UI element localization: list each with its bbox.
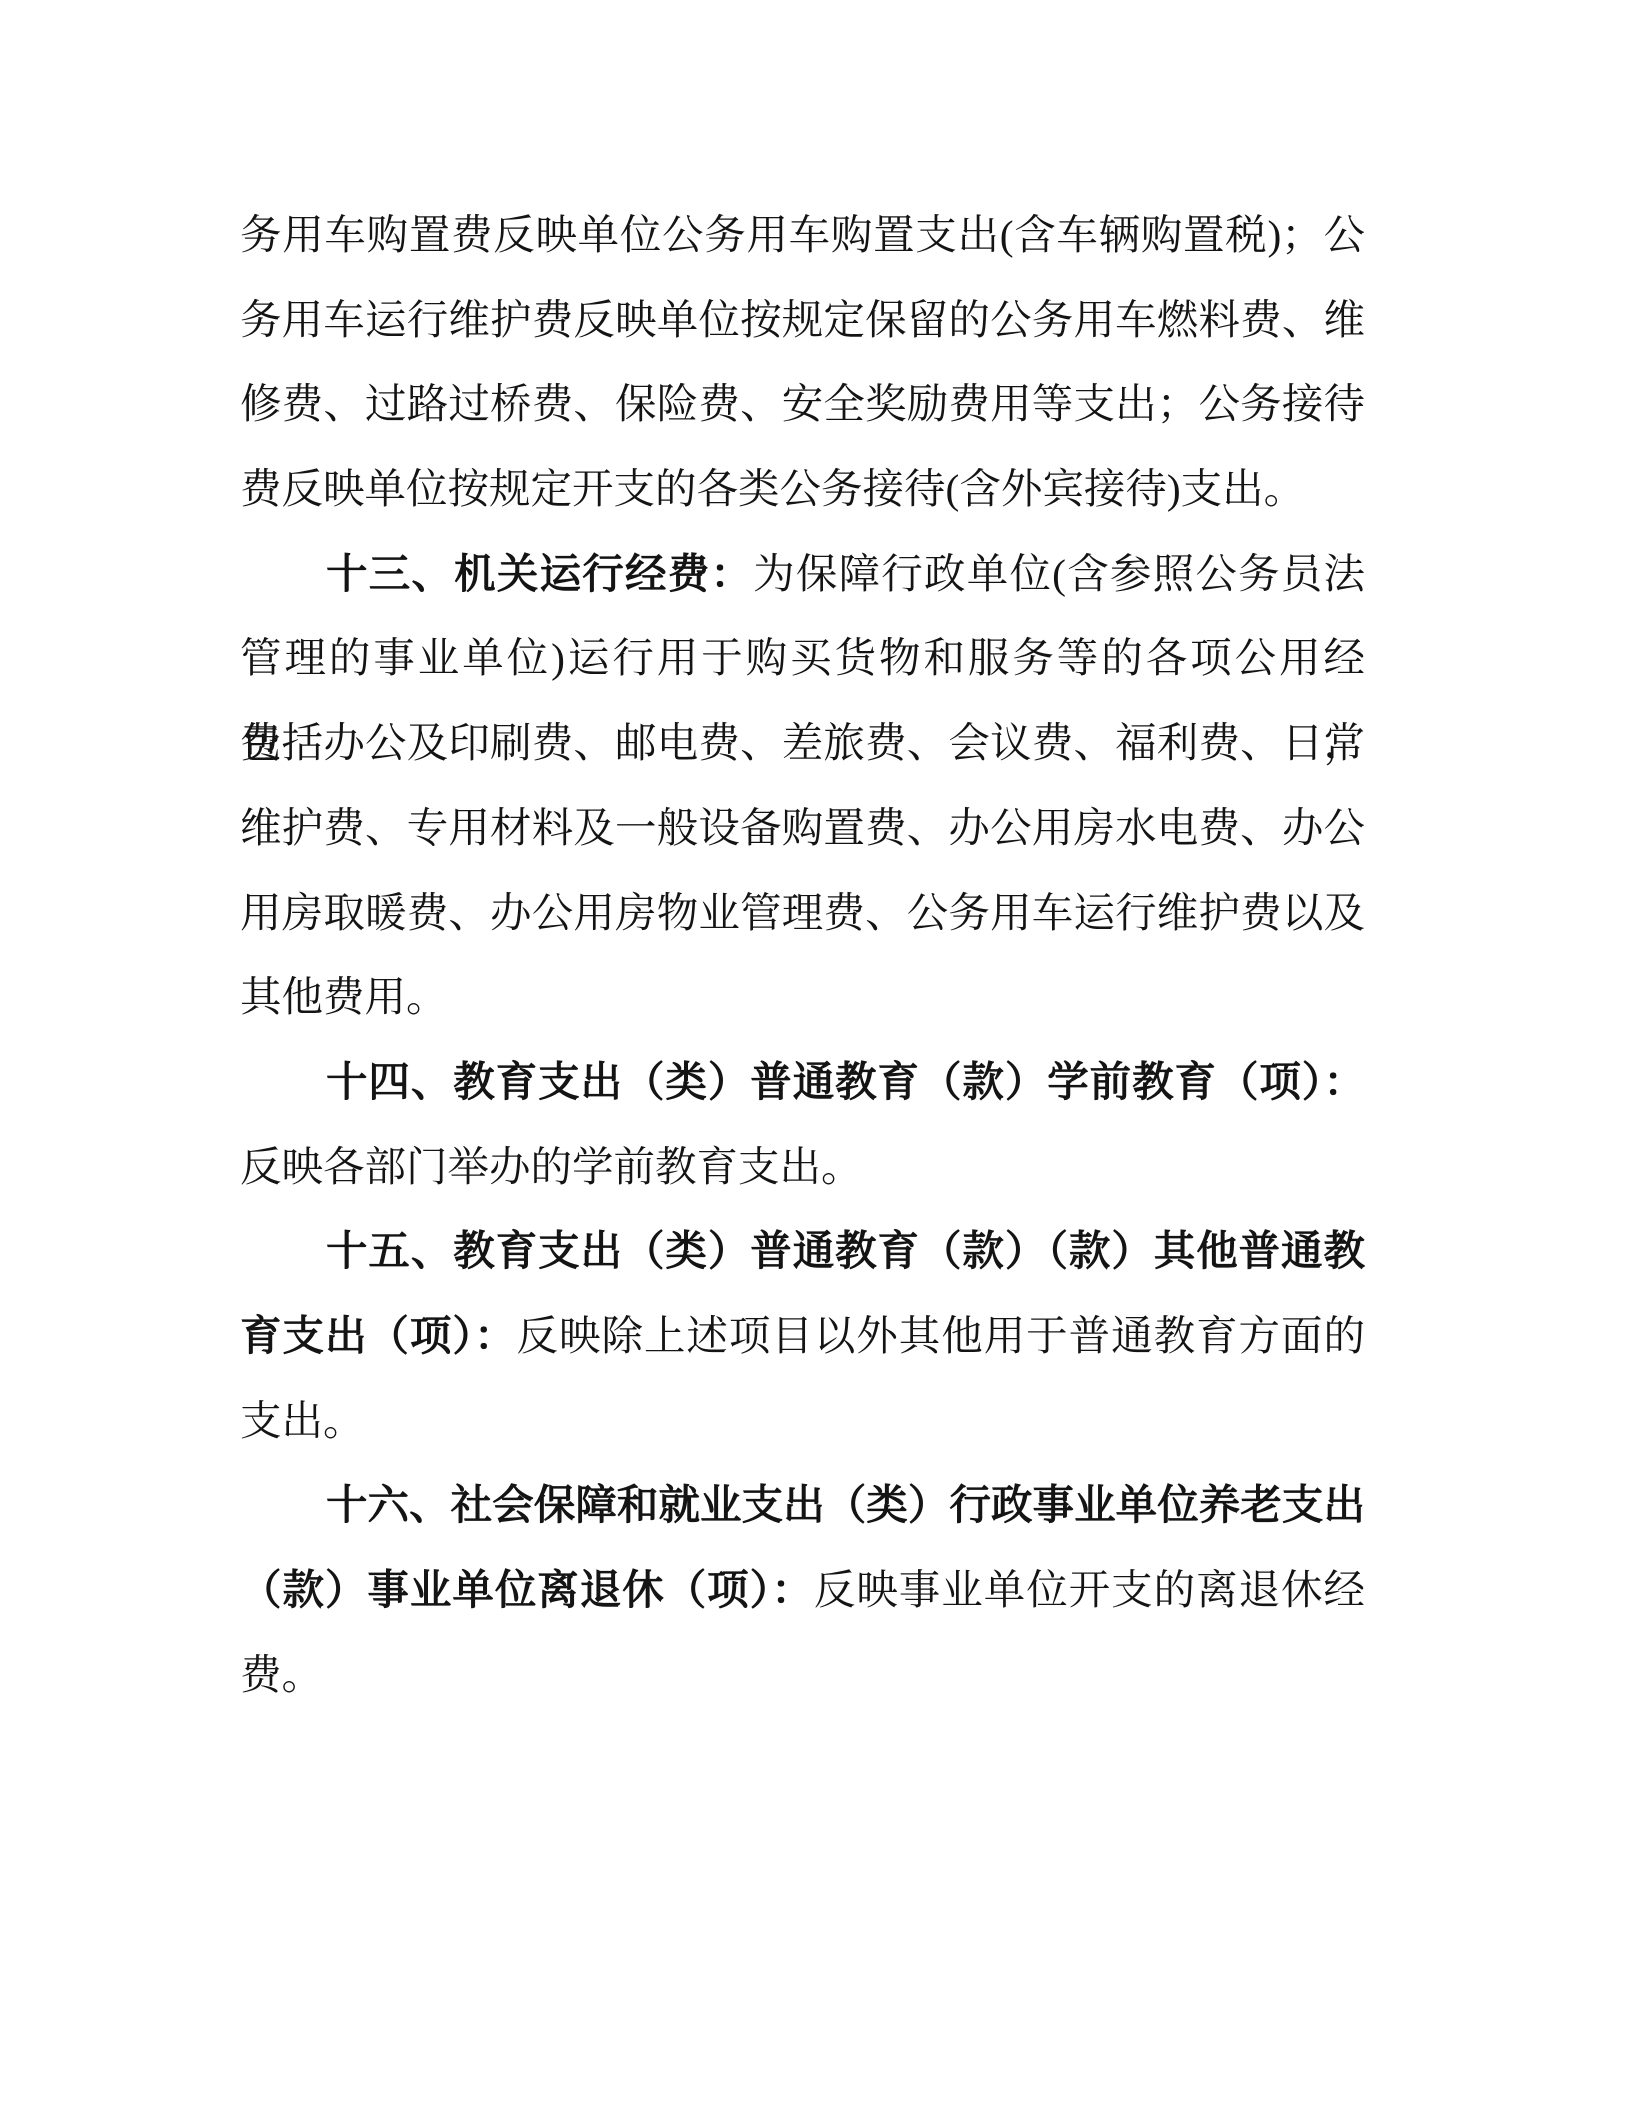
text-run: 费反映单位按规定开支的各类公务接待(含外宾接待)支出。	[240, 466, 1305, 512]
text-line: 务用车购置费反映单位公务用车购置支出(含车辆购置税)；公	[240, 193, 1365, 278]
paragraph: 十五、教育支出（类）普通教育（款）（款）其他普通教育支出（项）：反映除上述项目以…	[240, 1209, 1365, 1463]
document-page: 务用车购置费反映单位公务用车购置支出(含车辆购置税)；公务用车运行维护费反映单位…	[0, 0, 1632, 2112]
heading-run: 十五、教育支出（类）普通教育（款）（款）其他普通教	[326, 1228, 1365, 1274]
text-line: 费。	[240, 1633, 1365, 1718]
text-line: 维护费、专用材料及一般设备购置费、办公用房水电费、办公	[240, 786, 1365, 871]
text-line: 费反映单位按规定开支的各类公务接待(含外宾接待)支出。	[240, 447, 1365, 532]
text-line: 育支出（项）：反映除上述项目以外其他用于普通教育方面的	[240, 1294, 1365, 1379]
text-run: 费。	[240, 1652, 323, 1698]
heading-run: 十六、社会保障和就业支出（类）行政事业单位养老支出	[326, 1482, 1365, 1528]
text-line: 反映各部门举办的学前教育支出。	[240, 1125, 1365, 1210]
text-line: 十五、教育支出（类）普通教育（款）（款）其他普通教	[240, 1209, 1365, 1294]
text-line: （款）事业单位离退休（项）：反映事业单位开支的离退休经	[240, 1548, 1365, 1633]
paragraph: 十三、机关运行经费：为保障行政单位(含参照公务员法管理的事业单位)运行用于购买货…	[240, 532, 1365, 1040]
text-line: 其他费用。	[240, 955, 1365, 1040]
text-line: 十四、教育支出（类）普通教育（款）学前教育（项）：	[240, 1040, 1365, 1125]
document-body: 务用车购置费反映单位公务用车购置支出(含车辆购置税)；公务用车运行维护费反映单位…	[240, 193, 1365, 1717]
text-run: 其他费用。	[240, 974, 448, 1020]
text-run: 务用车运行维护费反映单位按规定保留的公务用车燃料费、维	[240, 297, 1365, 343]
text-line: 管理的事业单位)运行用于购买货物和服务等的各项公用经费，	[240, 616, 1365, 701]
paragraph: 十四、教育支出（类）普通教育（款）学前教育（项）：反映各部门举办的学前教育支出。	[240, 1040, 1365, 1209]
text-line: 用房取暖费、办公用房物业管理费、公务用车运行维护费以及	[240, 871, 1365, 956]
text-run: 反映除上述项目以外其他用于普通教育方面的	[517, 1313, 1365, 1359]
heading-run: 十三、机关运行经费：	[326, 551, 753, 597]
text-line: 务用车运行维护费反映单位按规定保留的公务用车燃料费、维	[240, 278, 1365, 363]
heading-run: （款）事业单位离退休（项）：	[240, 1567, 814, 1613]
text-line: 支出。	[240, 1379, 1365, 1464]
text-line: 修费、过路过桥费、保险费、安全奖励费用等支出；公务接待	[240, 362, 1365, 447]
text-run: 反映事业单位开支的离退休经	[814, 1567, 1365, 1613]
heading-run: 育支出（项）：	[240, 1313, 517, 1359]
text-run: 为保障行政单位(含参照公务员法	[753, 551, 1365, 597]
text-run: 包括办公及印刷费、邮电费、差旅费、会议费、福利费、日常	[240, 720, 1365, 766]
text-run: 维护费、专用材料及一般设备购置费、办公用房水电费、办公	[240, 805, 1365, 851]
text-run: 支出。	[240, 1398, 365, 1444]
text-run: 务用车购置费反映单位公务用车购置支出(含车辆购置税)；公	[240, 212, 1365, 258]
heading-run: 十四、教育支出（类）普通教育（款）学前教育（项）：	[326, 1059, 1365, 1105]
text-line: 十六、社会保障和就业支出（类）行政事业单位养老支出	[240, 1463, 1365, 1548]
text-run: 用房取暖费、办公用房物业管理费、公务用车运行维护费以及	[240, 890, 1365, 936]
text-run: 修费、过路过桥费、保险费、安全奖励费用等支出；公务接待	[240, 381, 1365, 427]
paragraph: 十六、社会保障和就业支出（类）行政事业单位养老支出（款）事业单位离退休（项）：反…	[240, 1463, 1365, 1717]
text-run: 反映各部门举办的学前教育支出。	[240, 1144, 863, 1190]
text-line: 包括办公及印刷费、邮电费、差旅费、会议费、福利费、日常	[240, 701, 1365, 786]
paragraph: 务用车购置费反映单位公务用车购置支出(含车辆购置税)；公务用车运行维护费反映单位…	[240, 193, 1365, 532]
text-line: 十三、机关运行经费：为保障行政单位(含参照公务员法	[240, 532, 1365, 617]
